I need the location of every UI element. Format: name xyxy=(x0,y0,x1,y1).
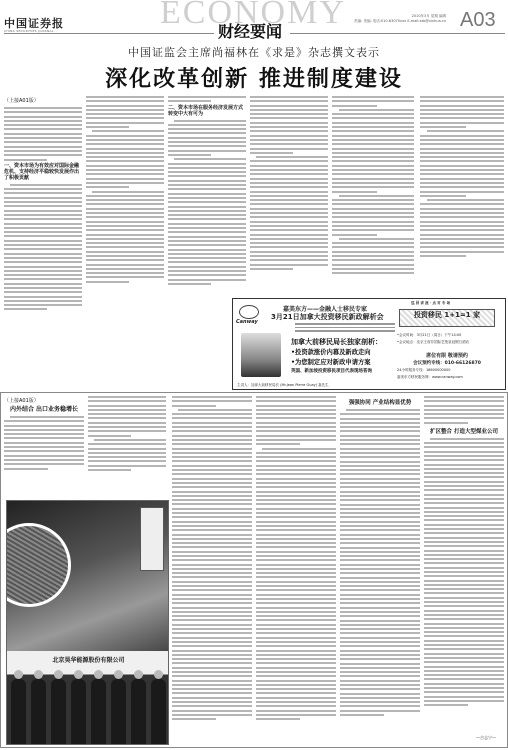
left-article-dateline: （上接A01版） xyxy=(4,398,84,404)
header-meta: 2010年3月 星期 编辑 责编: 美编: 电话:010-63070xxx E-… xyxy=(346,14,446,24)
masthead: 中国证券报 CHINA SECURITIES JOURNAL ECONOMY 财… xyxy=(0,0,508,42)
lead-column-1: （上接A01版） 一、资本市场为有效应对国际金融危机、支持经济平稳较快发展作出了… xyxy=(4,96,82,313)
ad-hotline: 会议预约专线：010-66126870 xyxy=(391,360,503,366)
page-number: A03 xyxy=(460,9,496,32)
right-article-column: 扩区整合 打造大型煤业公司 xyxy=(424,396,504,708)
ad-subtitle: 3月21日加拿大投资移民新政解析会 xyxy=(271,312,384,322)
advertiser-logo-text: Canway xyxy=(236,319,258,325)
lead-dateline: （上接A01版） xyxy=(4,98,82,104)
lead-column-2 xyxy=(86,96,164,285)
right-article-headline: 扩区整合 打造大型煤业公司 xyxy=(424,429,504,435)
ad-intro-text xyxy=(295,323,395,334)
middle-article-column-2: 强强协同 产业结构显优势 xyxy=(340,396,420,718)
ad-hotline-24h: 24小时服务专线：18600000000 xyxy=(397,368,450,373)
ad-website: 嘉美东方移民服务网：www.canway.com xyxy=(397,375,463,380)
building-sign-photo xyxy=(140,507,164,571)
mine-site-photo xyxy=(6,523,71,607)
ad-event-panel: 巡 回 讲 座 · 点 对 专 场 投资移民 1+1=1 家 •会议时间：3月2… xyxy=(391,301,503,389)
advertisement: Canway 嘉美东方——金融人士移民专家 3月21日加拿大投资移民新政解析会 … xyxy=(232,298,506,390)
middle-article-column-1 xyxy=(256,396,336,723)
lead-subhead-1: 一、资本市场为有效应对国际金融危机、支持经济平稳较快发展作出了积极贡献 xyxy=(4,163,82,181)
ad-speaker-credit: 主讲人：加拿大前移民局长 (Mr.Jean Pierre Guay) 嘉先生 xyxy=(237,383,329,388)
middle-article-headline: 强强协同 产业结构显优势 xyxy=(340,400,420,406)
lead-column-5 xyxy=(332,96,414,276)
lead-column-3: 二、资本市场在服务经济发展方式转变中大有可为 xyxy=(168,96,246,287)
group-of-executives xyxy=(11,679,166,745)
left-article-column-3 xyxy=(172,396,252,723)
company-name-sign: 北京昊华能源股份有限公司 xyxy=(7,655,169,664)
main-headline: 深化改革创新 推进制度建设 xyxy=(0,62,508,93)
ad-event-venue: •会议地点：北京王府井国际艺苑皇冠假日酒店 xyxy=(397,340,469,345)
ad-seats-notice: 席位有限 敬请预约 xyxy=(391,352,503,359)
ad-headline-2: •投资款涨价内幕及新政走向 xyxy=(291,347,371,356)
left-article-headline: 内外结合 出口业务稳增长 xyxy=(4,407,84,413)
left-article-column-1: （上接A01版） 内外结合 出口业务稳增长 xyxy=(4,396,84,472)
ad-headline-3: •为您制定应对新政申请方案 xyxy=(291,357,371,366)
lead-subhead-2: 二、资本市场在服务经济发展方式转变中大有可为 xyxy=(168,105,246,117)
header-rule-right xyxy=(290,33,505,34)
lead-column-4 xyxy=(250,96,328,272)
company-photo-collage: 北京昊华能源股份有限公司 xyxy=(6,500,169,745)
header-rule-left xyxy=(4,33,214,34)
header-meta-contact: 责编: 美编: 电话:010-63070xxx E-mail:zzb@xinhu… xyxy=(346,19,446,24)
lead-column-6 xyxy=(420,96,504,259)
advertiser-logo-icon xyxy=(239,305,259,319)
speaker-photo xyxy=(241,333,281,377)
section-title: 财经要闻 xyxy=(218,19,282,42)
article-signature: —吉志宁— xyxy=(476,735,496,741)
ad-banner: 投资移民 1+1=1 家 xyxy=(399,309,495,327)
ad-headline-1: 加拿大前移民局长独家剖析： xyxy=(291,337,382,347)
ad-event-time: •会议时间：3月21日（周日）下午14:00 xyxy=(397,333,461,338)
left-article-column-2 xyxy=(88,396,166,473)
headline-kicker: 中国证监会主席尚福林在《求是》杂志撰文表示 xyxy=(0,44,508,60)
ad-headline-4: 英国、新加坡投资移民项目代表现场答询 xyxy=(291,368,372,374)
ad-banner-kicker: 巡 回 讲 座 · 点 对 专 场 xyxy=(411,301,450,306)
